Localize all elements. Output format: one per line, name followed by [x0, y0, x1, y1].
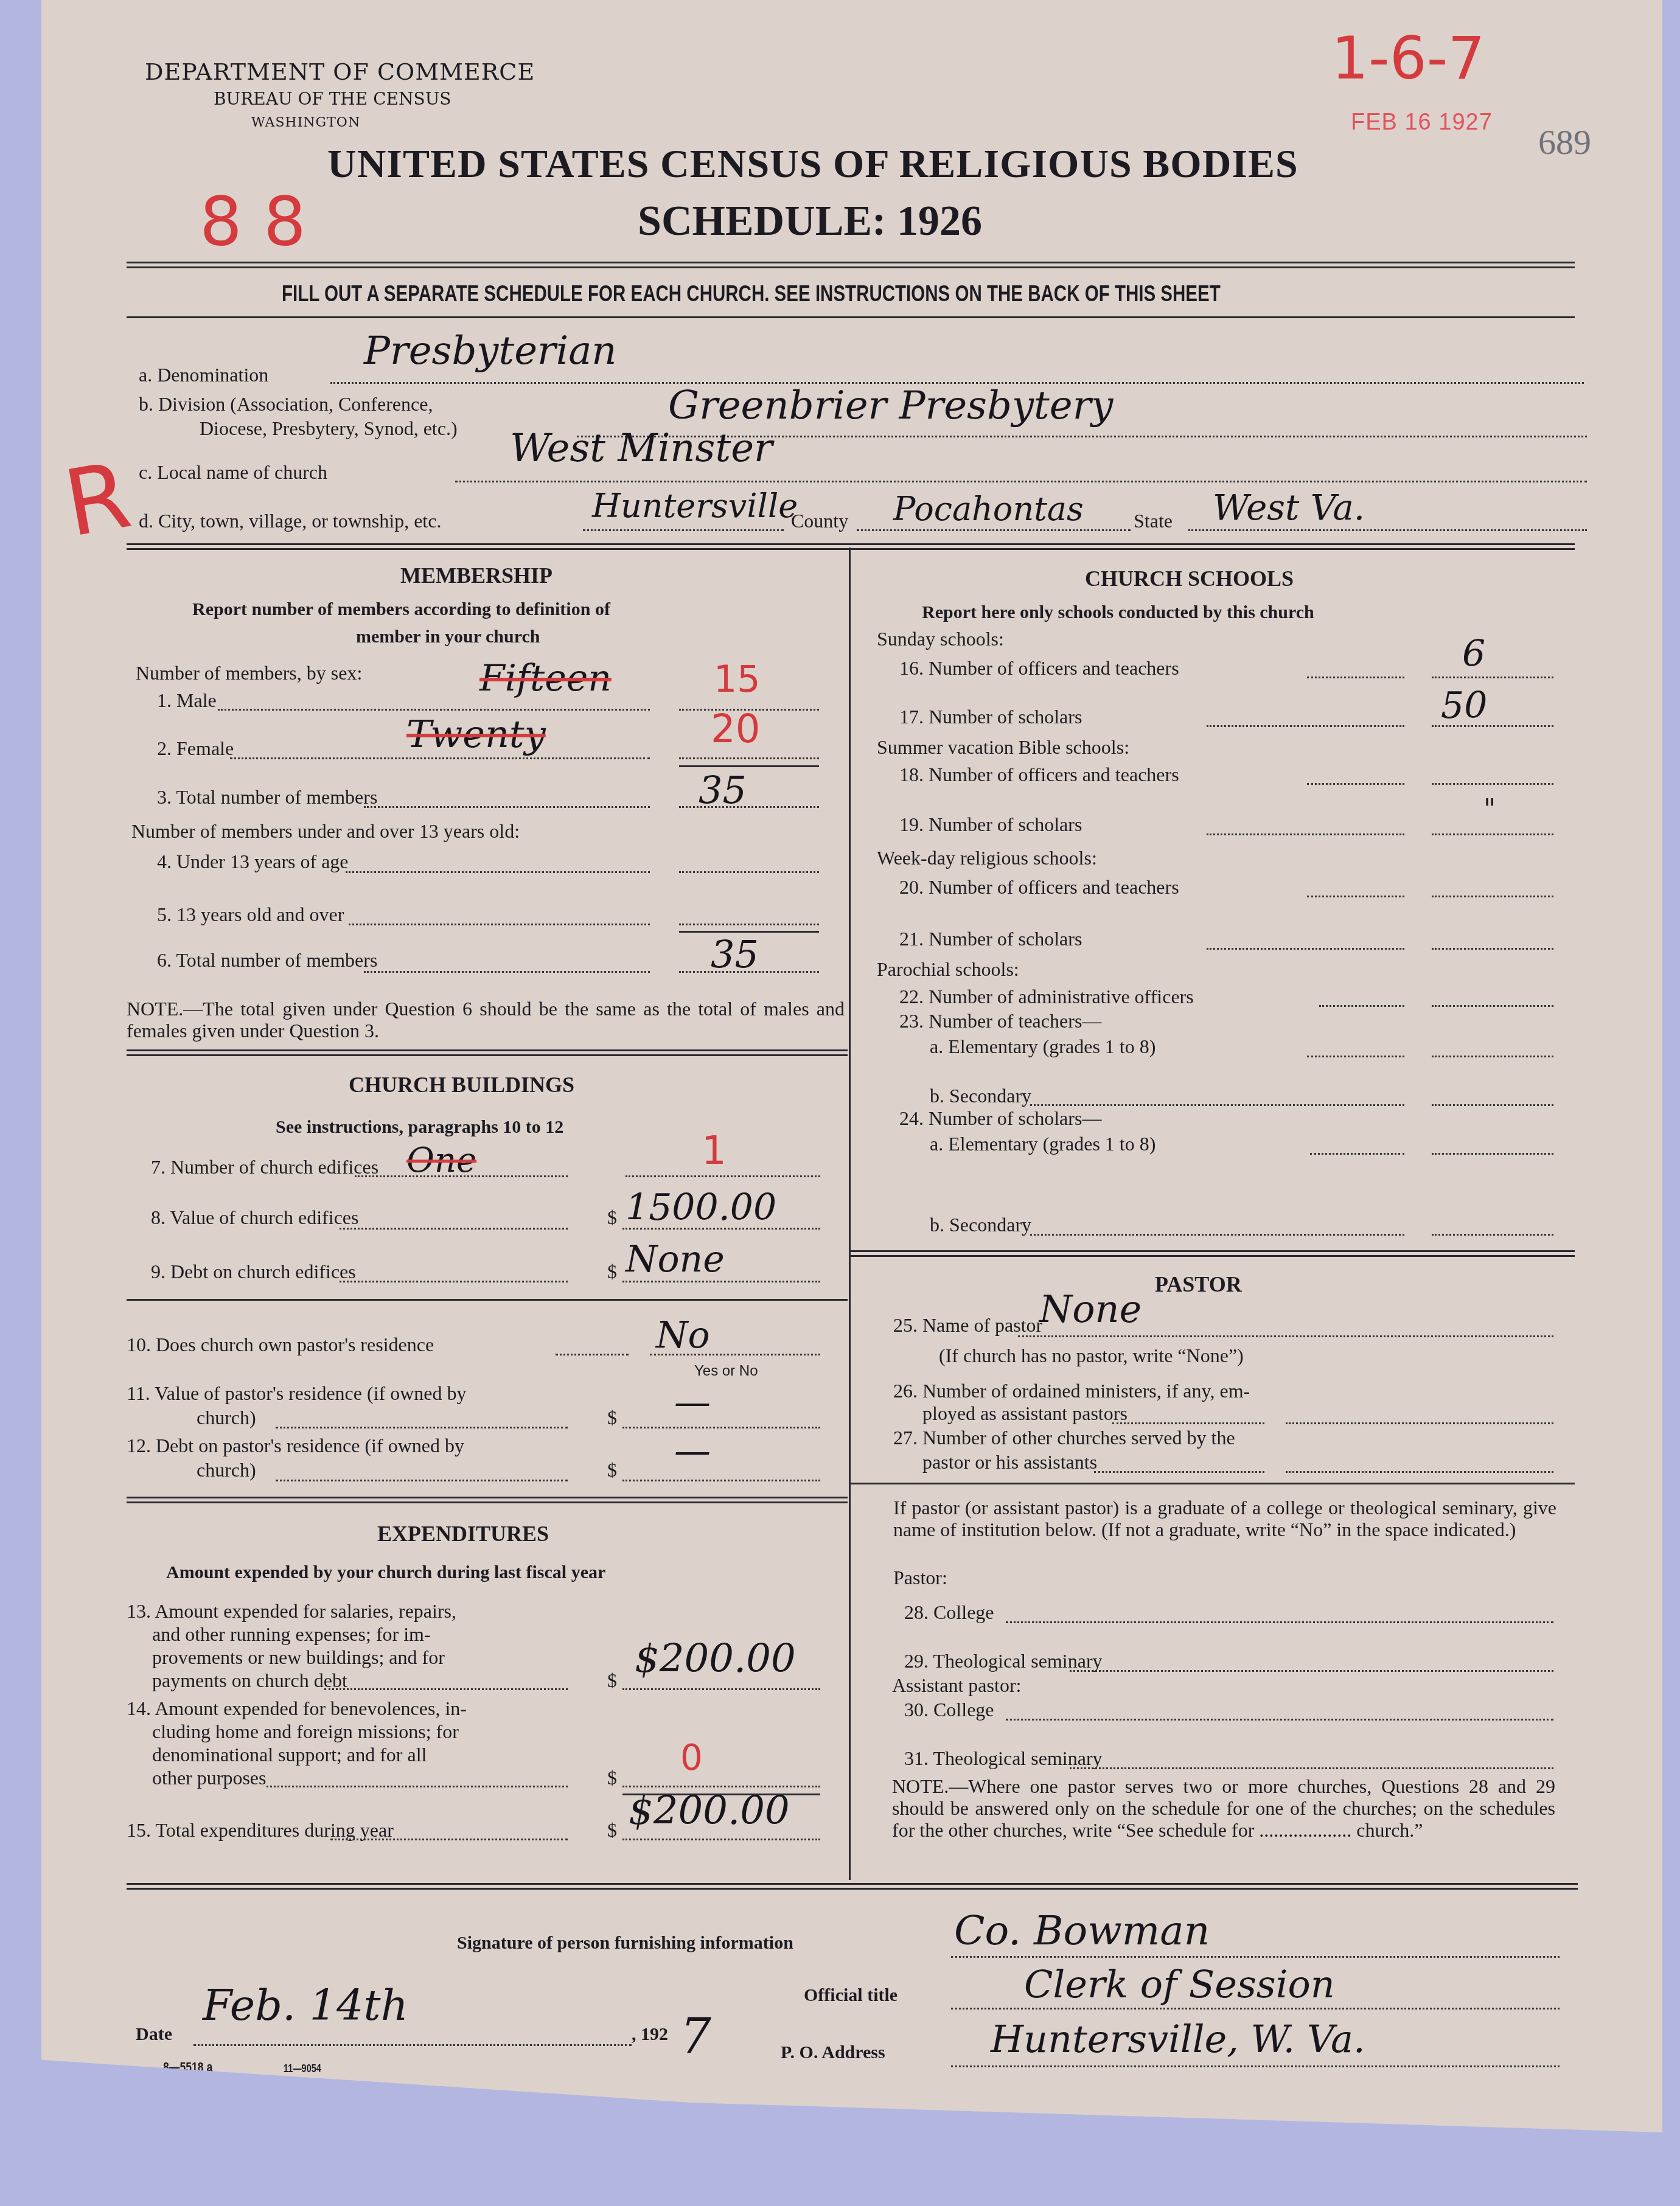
expenditures-subheading: Amount expended by your church during la… — [166, 1562, 605, 1583]
q11-answer-line — [622, 1427, 820, 1428]
q14-currency: $ — [607, 1767, 617, 1789]
q22-label: 22. Number of administrative officers — [899, 986, 1194, 1008]
q19-scholars-field[interactable]: " — [1483, 794, 1496, 825]
q24a-answer-field[interactable] — [1432, 1153, 1553, 1155]
po-address-field[interactable]: Huntersville, W. Va. — [991, 2017, 1365, 2061]
signature-label: Signature of person furnishing informati… — [457, 1933, 793, 1954]
membership-subheading-1: Report number of members according to de… — [192, 599, 610, 620]
q21-answer-field[interactable] — [1432, 948, 1553, 950]
q14-line — [267, 1786, 568, 1787]
q18-answer-field[interactable] — [1432, 783, 1553, 785]
q15-currency: $ — [607, 1819, 617, 1842]
pastor-note: NOTE.—Where one pastor serves two or mor… — [892, 1775, 1555, 1841]
q13-label-3: provements or new buildings; and for — [152, 1646, 445, 1669]
q10-line — [556, 1354, 629, 1355]
q23b-line — [1030, 1104, 1404, 1106]
q25-label: 25. Name of pastor — [893, 1314, 1042, 1337]
q22-answer-field[interactable] — [1432, 1005, 1553, 1007]
q8-line — [340, 1228, 568, 1230]
footer-divider — [127, 1883, 1578, 1890]
year-prefix: , 192 — [632, 2024, 668, 2045]
q21-line — [1207, 948, 1404, 950]
q23a-answer-field[interactable] — [1432, 1056, 1553, 1057]
q1-line — [218, 709, 650, 711]
q9-currency: $ — [607, 1261, 617, 1283]
q26-label-line2: ployed as assistant pastors — [922, 1402, 1128, 1425]
q30-label: 30. College — [904, 1699, 994, 1721]
assistant-subsection-label: Assistant pastor: — [892, 1674, 1021, 1697]
q2-answer-line — [679, 757, 819, 759]
weekday-schools-label: Week-day religious schools: — [877, 847, 1097, 869]
q27-label-line1: 27. Number of other churches served by t… — [893, 1427, 1235, 1449]
q14-answer-line — [622, 1786, 820, 1787]
q20-label: 20. Number of officers and teachers — [899, 876, 1179, 899]
q16-line — [1307, 677, 1404, 678]
q19-answer-line — [1432, 833, 1553, 835]
division-label-line2: Diocese, Presbytery, Synod, etc.) — [200, 417, 458, 440]
q7-written-field[interactable]: One — [406, 1141, 476, 1180]
membership-divider — [127, 1049, 848, 1056]
church-schools-subheading: Report here only schools conducted by th… — [922, 602, 1314, 623]
q3-line — [364, 806, 650, 808]
q17-label: 17. Number of scholars — [899, 706, 1082, 728]
po-address-label: P. O. Address — [781, 2042, 885, 2063]
city-line — [583, 529, 784, 531]
q3-total-field[interactable]: 35 — [699, 768, 747, 812]
q16-officers-field[interactable]: 6 — [1462, 633, 1485, 675]
q7-edifice-count[interactable]: 1 — [702, 1129, 727, 1174]
q30-college-field[interactable] — [1006, 1719, 1553, 1721]
q8-label: 8. Value of church edifices — [151, 1206, 359, 1229]
q27-answer-field[interactable] — [1286, 1471, 1553, 1473]
q13-label-4: payments on church debt — [152, 1669, 347, 1692]
q31-label: 31. Theological seminary — [904, 1747, 1103, 1770]
pastor-heading: PASTOR — [1155, 1272, 1242, 1297]
membership-note: NOTE.—The total given under Question 6 s… — [127, 998, 845, 1042]
q12-debt-field[interactable]: — — [674, 1430, 711, 1472]
membership-heading: MEMBERSHIP — [400, 563, 552, 588]
q4-label: 4. Under 13 years of age — [157, 851, 349, 873]
q18-label: 18. Number of officers and teachers — [899, 764, 1179, 786]
q12-line — [276, 1480, 568, 1481]
division-field[interactable]: Greenbrier Presbytery — [668, 383, 1113, 428]
city-field[interactable]: Huntersville — [592, 487, 798, 525]
membership-subheading-2: member in your church — [356, 627, 540, 647]
form-number: 8—5518 a — [163, 2059, 212, 2075]
q29-seminary-field[interactable] — [1070, 1670, 1553, 1672]
bureau-label: BUREAU OF THE CENSUS — [214, 89, 451, 109]
by-age-label: Number of members under and over 13 year… — [131, 820, 520, 843]
q23-label: 23. Number of teachers— — [899, 1010, 1101, 1032]
by-sex-label: Number of members, by sex: — [136, 662, 362, 684]
q5-answer-field[interactable] — [679, 924, 819, 925]
q6-total-field[interactable]: 35 — [711, 932, 759, 976]
q2-line — [230, 757, 650, 759]
q13-label-1: 13. Amount expended for salaries, repair… — [127, 1600, 456, 1623]
q3-label: 3. Total number of members — [157, 786, 377, 809]
schools-divider — [851, 1250, 1575, 1257]
department-label: DEPARTMENT OF COMMERCE — [145, 58, 535, 85]
q12-answer-line — [622, 1480, 820, 1481]
date-field[interactable]: Feb. 14th — [203, 1980, 408, 2030]
official-title-line — [951, 2008, 1560, 2009]
top-red-code: 1-6-7 — [1331, 24, 1485, 92]
q23b-label: b. Secondary — [930, 1085, 1031, 1107]
q10-residence-field[interactable]: No — [656, 1314, 710, 1357]
left-red-mark: R — [57, 442, 138, 557]
church-buildings-subheading: See instructions, paragraphs 10 to 12 — [276, 1117, 563, 1138]
date-label: Date — [136, 2024, 172, 2045]
q18-line — [1307, 783, 1404, 785]
signature-line — [951, 1956, 1560, 1958]
q5-line — [349, 924, 650, 925]
q24-label: 24. Number of scholars— — [899, 1107, 1101, 1130]
q2-written-field[interactable]: Twenty — [406, 712, 546, 756]
q24b-answer-field[interactable] — [1432, 1234, 1553, 1236]
pastor-subsection-label: Pastor: — [893, 1567, 947, 1589]
q12-label-line2: church) — [197, 1459, 256, 1481]
q21-label: 21. Number of scholars — [899, 928, 1082, 950]
pastor-inner-divider — [851, 1483, 1575, 1484]
print-number: 11—9054 — [284, 2062, 321, 2075]
po-address-line — [951, 2065, 1560, 2067]
q7-label: 7. Number of church edifices — [151, 1156, 378, 1178]
q25-line — [1018, 1335, 1553, 1337]
q31-seminary-field[interactable] — [1070, 1767, 1553, 1769]
q27-line — [1094, 1471, 1264, 1473]
q9-line — [340, 1281, 568, 1282]
q4-line — [346, 871, 650, 873]
received-date-stamp: FEB 16 1927 — [1351, 110, 1493, 136]
q24a-label: a. Elementary (grades 1 to 8) — [930, 1133, 1155, 1155]
county-label: County — [791, 510, 848, 532]
q13-currency: $ — [607, 1669, 617, 1692]
parochial-schools-label: Parochial schools: — [877, 958, 1019, 981]
header-divider — [127, 262, 1575, 268]
q8-currency: $ — [607, 1206, 617, 1229]
q23a-label: a. Elementary (grades 1 to 8) — [930, 1035, 1155, 1058]
q16-label: 16. Number of officers and teachers — [899, 657, 1179, 680]
q14-amount-field[interactable]: 0 — [680, 1737, 703, 1778]
q24b-label: b. Secondary — [930, 1214, 1031, 1236]
q17-scholars-field[interactable]: 50 — [1441, 684, 1487, 727]
q11-label-line1: 11. Value of pastor's residence (if owne… — [127, 1382, 467, 1405]
column-divider — [849, 548, 851, 1880]
q20-line — [1307, 896, 1404, 897]
q28-label: 28. College — [904, 1601, 994, 1624]
identification-divider — [127, 543, 1575, 550]
q13-label-2: and other running expenses; for im- — [152, 1623, 431, 1646]
q12-currency: $ — [607, 1459, 617, 1481]
q7-answer-line — [626, 1175, 820, 1177]
sunday-schools-label: Sunday schools: — [877, 628, 1004, 650]
county-field[interactable]: Pocahontas — [893, 490, 1084, 528]
q6-label: 6. Total number of members — [157, 949, 377, 972]
q26-label-line1: 26. Number of ordained ministers, if any… — [893, 1380, 1250, 1402]
division-label-line1: b. Division (Association, Conference, — [139, 393, 433, 416]
official-title-field[interactable]: Clerk of Session — [1024, 1962, 1335, 2006]
q11-line — [276, 1427, 568, 1428]
q1-label: 1. Male — [157, 689, 217, 712]
form-title: UNITED STATES CENSUS OF RELIGIOUS BODIES — [327, 141, 1298, 187]
q2-female-count[interactable]: 20 — [711, 707, 760, 752]
q24b-line — [1030, 1234, 1404, 1236]
q25-pastor-name-field[interactable]: None — [1039, 1287, 1141, 1331]
q11-label-line2: church) — [197, 1407, 256, 1429]
local-name-field[interactable]: West Minster — [510, 426, 773, 471]
q9-answer-line — [622, 1281, 820, 1282]
q1-male-count[interactable]: 15 — [714, 658, 760, 701]
county-line — [857, 529, 1131, 531]
q24a-line — [1310, 1153, 1404, 1155]
buildings-inner-divider — [127, 1299, 848, 1301]
q11-value-field[interactable]: — — [674, 1381, 711, 1424]
q2-sum-line — [679, 765, 819, 767]
q4-answer-field[interactable] — [679, 871, 819, 873]
q9-debt-field[interactable]: None — [626, 1238, 725, 1281]
q2-label: 2. Female — [157, 737, 234, 760]
q17-line — [1207, 725, 1404, 727]
q10-hint: Yes or No — [694, 1363, 758, 1380]
expenditures-heading: EXPENDITURES — [377, 1521, 549, 1547]
q19-label: 19. Number of scholars — [899, 813, 1082, 836]
q29-label: 29. Theological seminary — [904, 1650, 1103, 1672]
church-buildings-heading: CHURCH BUILDINGS — [349, 1072, 574, 1098]
q27-label-line2: pastor or his assistants — [922, 1451, 1097, 1474]
local-name-label: c. Local name of church — [139, 461, 327, 484]
file-number: 689 — [1538, 122, 1591, 162]
date-line — [193, 2044, 632, 2046]
q26-answer-field[interactable] — [1286, 1422, 1553, 1424]
graduate-note: If pastor (or assistant pastor) is a gra… — [893, 1497, 1556, 1540]
local-name-line — [455, 481, 1587, 482]
left-red-number: 8 8 — [200, 183, 306, 260]
state-label: State — [1134, 510, 1173, 532]
census-form-paper: DEPARTMENT OF COMMERCE BUREAU OF THE CEN… — [41, 0, 1662, 2132]
q14-label-2: cluding home and foreign missions; for — [152, 1721, 459, 1743]
q19-line — [1207, 833, 1404, 835]
summer-schools-label: Summer vacation Bible schools: — [877, 736, 1129, 759]
q13-answer-line — [622, 1688, 820, 1690]
year-suffix-field[interactable]: 7 — [680, 2008, 711, 2064]
q13-amount-field[interactable]: $200.00 — [635, 1637, 796, 1682]
q25-hint: (If church has no pastor, write “None”) — [939, 1345, 1244, 1367]
state-field[interactable]: West Va. — [1213, 487, 1365, 528]
buildings-divider — [127, 1497, 848, 1503]
denomination-label: a. Denomination — [139, 364, 268, 386]
q15-total-field[interactable]: $200.00 — [629, 1789, 790, 1834]
q8-value-field[interactable]: 1500.00 — [626, 1186, 776, 1229]
denomination-field[interactable]: Presbyterian — [364, 329, 617, 374]
signature-field[interactable]: Co. Bowman — [954, 1907, 1210, 1954]
q5-label: 5. 13 years old and over — [157, 903, 344, 926]
q9-label: 9. Debt on church edifices — [151, 1261, 356, 1283]
q1-written-field[interactable]: Fifteen — [479, 657, 612, 700]
q23b-answer-field[interactable] — [1432, 1104, 1553, 1106]
q11-currency: $ — [607, 1407, 617, 1429]
banner-divider — [127, 316, 1575, 318]
instruction-banner: FILL OUT A SEPARATE SCHEDULE FOR EACH CH… — [282, 281, 1221, 307]
q15-line — [330, 1839, 568, 1840]
q14-label-4: other purposes — [152, 1767, 267, 1789]
q20-answer-field[interactable] — [1432, 896, 1553, 897]
schedule-title: SCHEDULE: 1926 — [638, 197, 982, 246]
q14-label-1: 14. Amount expended for benevolences, in… — [127, 1697, 467, 1720]
q26-line — [1112, 1422, 1264, 1424]
q16-answer-line — [1432, 677, 1553, 678]
q14-label-3: denominational support; and for all — [152, 1744, 427, 1766]
state-line — [1188, 529, 1587, 531]
official-title-label: Official title — [804, 1985, 898, 2006]
q6-line — [364, 971, 650, 973]
q22-line — [1319, 1005, 1404, 1007]
q10-label: 10. Does church own pastor's residence — [127, 1334, 434, 1356]
church-schools-heading: CHURCH SCHOOLS — [1085, 566, 1294, 591]
q15-answer-line — [622, 1839, 820, 1840]
q12-label-line1: 12. Debt on pastor's residence (if owned… — [127, 1435, 464, 1457]
city-label: WASHINGTON — [251, 115, 360, 130]
q13-line — [324, 1688, 568, 1690]
q23a-line — [1307, 1056, 1404, 1057]
city-field-label: d. City, town, village, or township, etc… — [139, 510, 441, 532]
q28-college-field[interactable] — [1006, 1621, 1553, 1623]
